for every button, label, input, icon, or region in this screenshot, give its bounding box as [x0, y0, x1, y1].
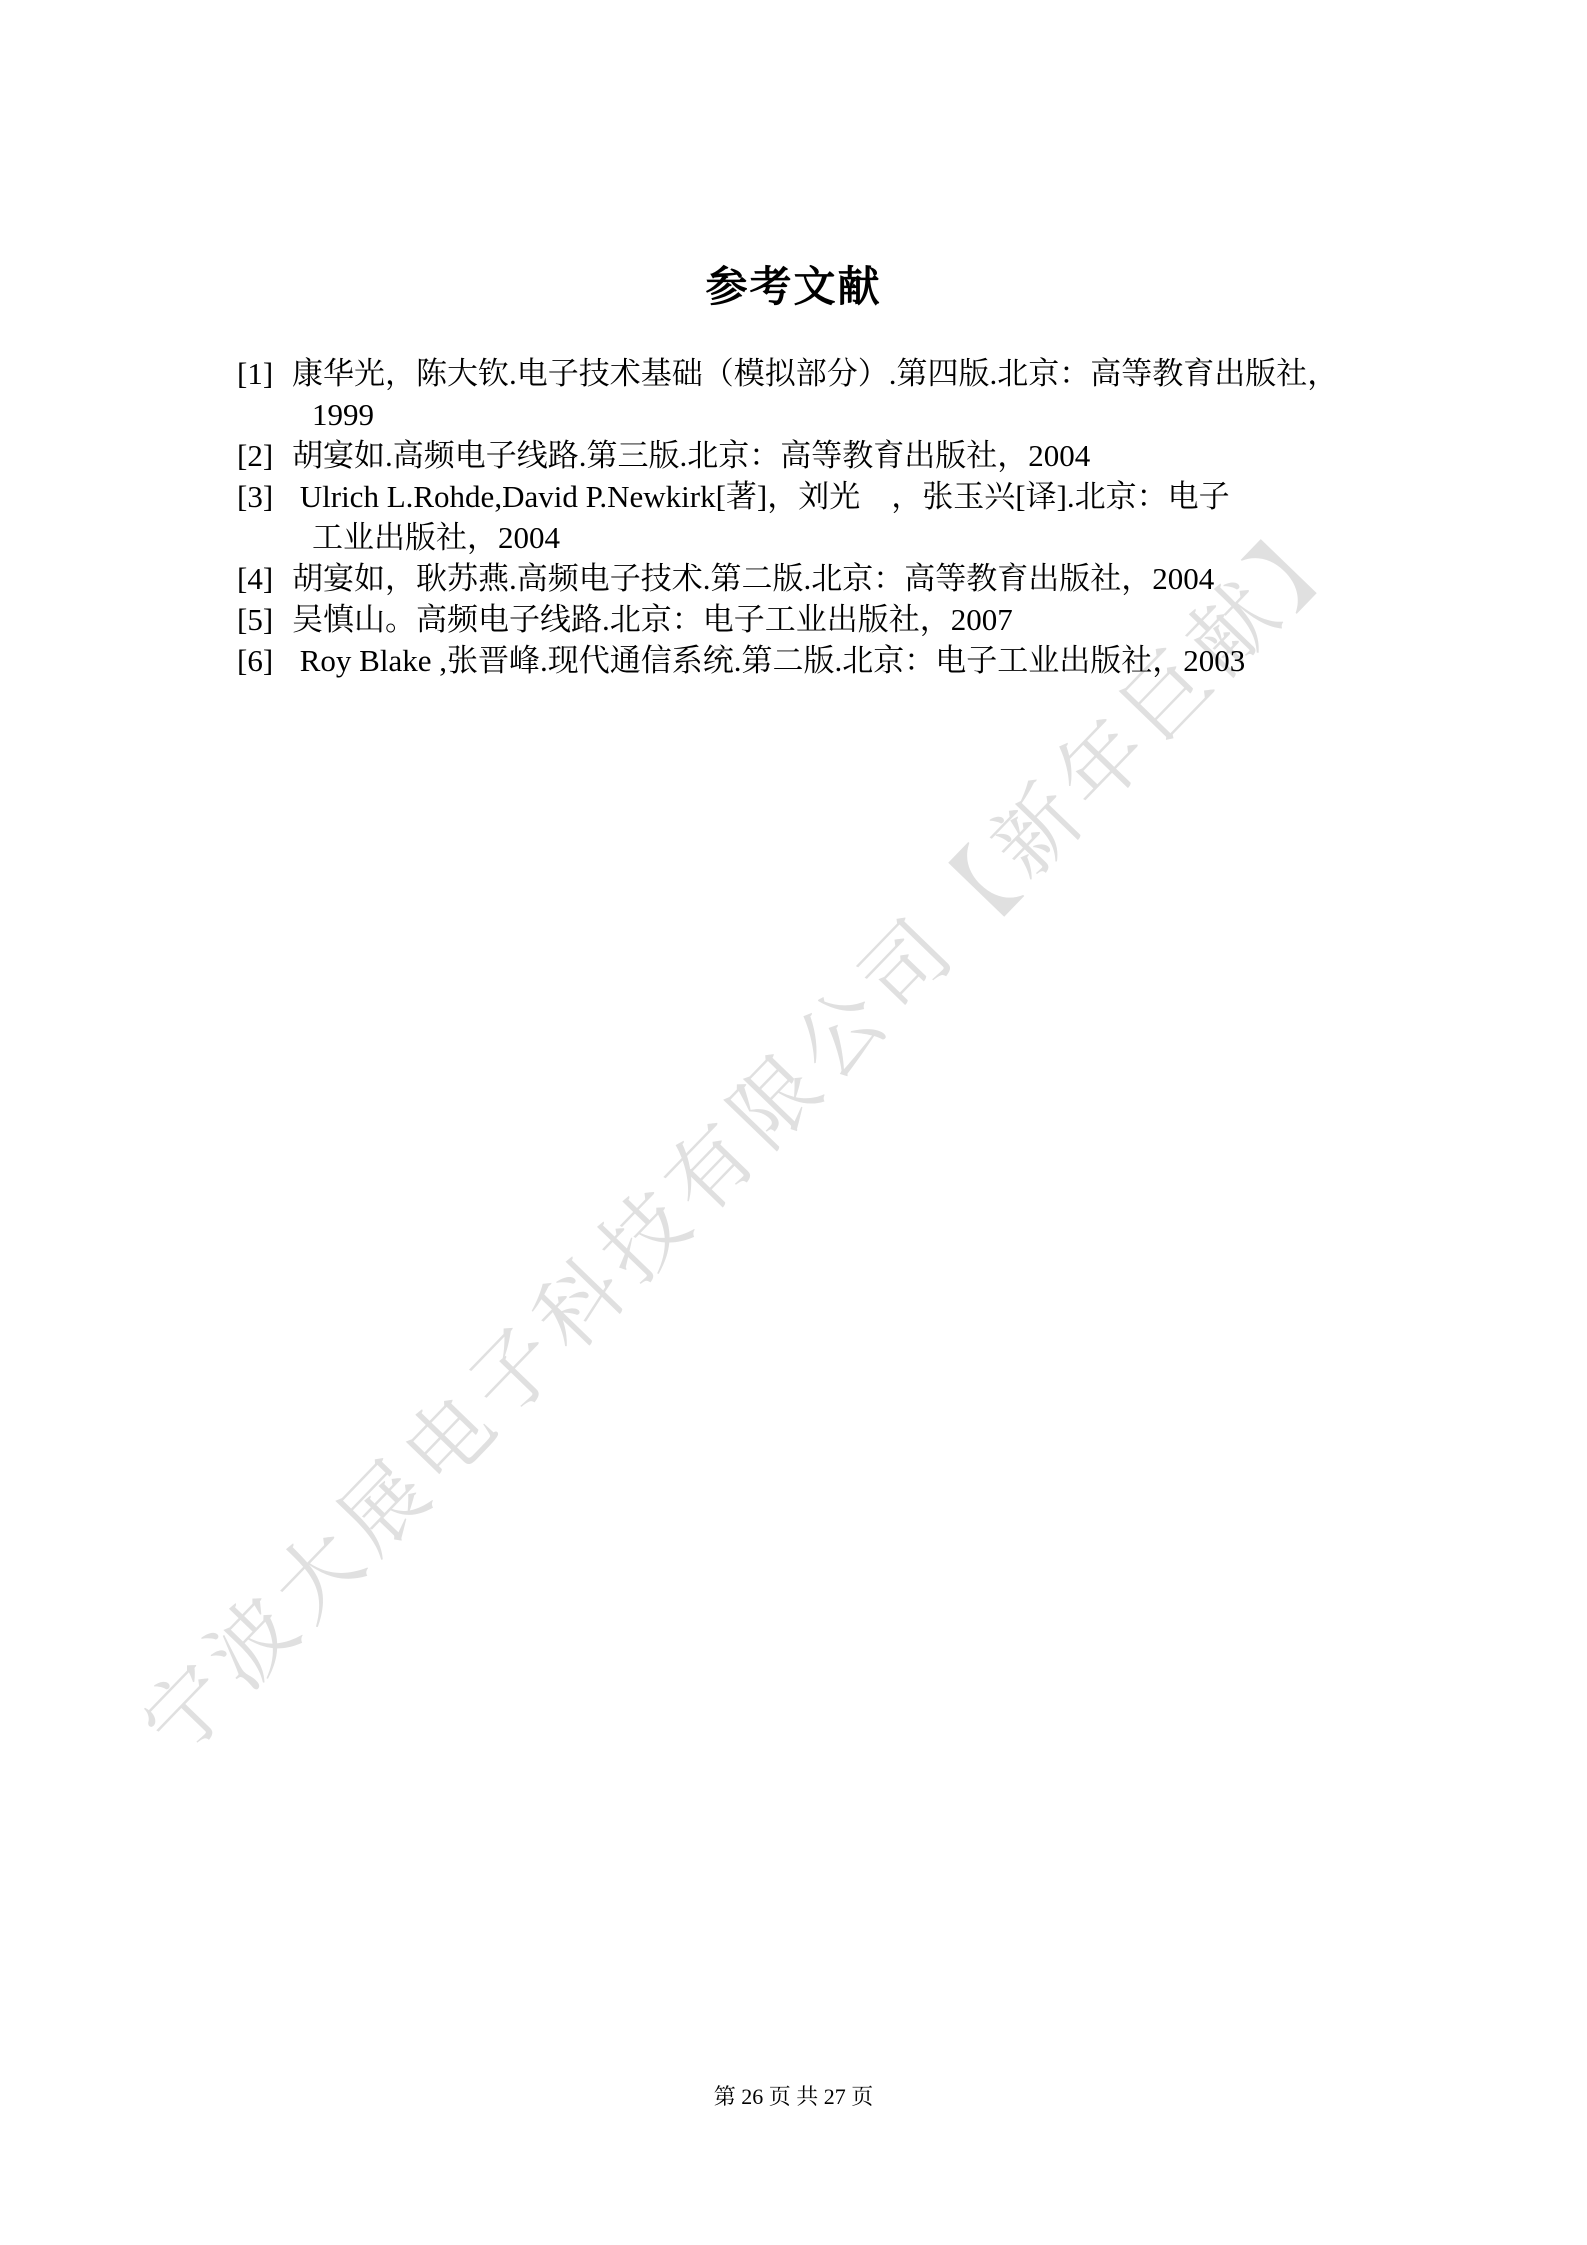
reference-body: 吴慎山。高频电子线路.北京：电子工业出版社，2007 [292, 599, 1362, 640]
reference-body: 胡宴如.高频电子线路.第三版.北京：高等教育出版社，2004 [292, 435, 1362, 476]
reference-item: [2] 胡宴如.高频电子线路.第三版.北京：高等教育出版社，2004 [237, 435, 1362, 476]
reference-item: [4] 胡宴如，耿苏燕.高频电子技术.第二版.北京：高等教育出版社，2004 [237, 558, 1362, 599]
diagonal-watermark: 宁波大展电子科技有限公司【新年巨献】 [130, 496, 1366, 1771]
reference-body: 胡宴如，耿苏燕.高频电子技术.第二版.北京：高等教育出版社，2004 [292, 558, 1362, 599]
page-title: 参考文献 [0, 254, 1587, 314]
reference-body: Roy Blake ,张晋峰.现代通信系统.第二版.北京：电子工业出版社，200… [292, 640, 1362, 681]
reference-text: Roy Blake ,张晋峰.现代通信系统.第二版.北京：电子工业出版社，200… [292, 640, 1362, 681]
reference-text: Ulrich L.Rohde,David P.Newkirk[著]，刘光 ，张玉… [292, 476, 1362, 517]
reference-number: [1] [237, 353, 292, 394]
page-footer: 第 26 页 共 27 页 [0, 2080, 1587, 2111]
reference-body: 康华光，陈大钦.电子技术基础（模拟部分）.第四版.北京：高等教育出版社， 199… [292, 353, 1362, 435]
reference-item: [6] Roy Blake ,张晋峰.现代通信系统.第二版.北京：电子工业出版社… [237, 640, 1362, 681]
reference-item: [3] Ulrich L.Rohde,David P.Newkirk[著]，刘光… [237, 476, 1362, 558]
reference-text-continuation: 工业出版社，2004 [292, 517, 1362, 558]
reference-number: [2] [237, 435, 292, 476]
reference-text: 吴慎山。高频电子线路.北京：电子工业出版社，2007 [292, 599, 1362, 640]
document-page: 宁波大展电子科技有限公司【新年巨献】 参考文献 [1] 康华光，陈大钦.电子技术… [0, 0, 1587, 2245]
reference-number: [6] [237, 640, 292, 681]
reference-text-continuation: 1999 [292, 394, 1362, 435]
reference-text: 胡宴如.高频电子线路.第三版.北京：高等教育出版社，2004 [292, 435, 1362, 476]
reference-list: [1] 康华光，陈大钦.电子技术基础（模拟部分）.第四版.北京：高等教育出版社，… [237, 353, 1362, 681]
reference-text: 胡宴如，耿苏燕.高频电子技术.第二版.北京：高等教育出版社，2004 [292, 558, 1362, 599]
reference-text: 康华光，陈大钦.电子技术基础（模拟部分）.第四版.北京：高等教育出版社， [292, 353, 1362, 394]
reference-number: [5] [237, 599, 292, 640]
reference-item: [1] 康华光，陈大钦.电子技术基础（模拟部分）.第四版.北京：高等教育出版社，… [237, 353, 1362, 435]
reference-number: [3] [237, 476, 292, 517]
reference-number: [4] [237, 558, 292, 599]
reference-item: [5] 吴慎山。高频电子线路.北京：电子工业出版社，2007 [237, 599, 1362, 640]
reference-body: Ulrich L.Rohde,David P.Newkirk[著]，刘光 ，张玉… [292, 476, 1362, 558]
